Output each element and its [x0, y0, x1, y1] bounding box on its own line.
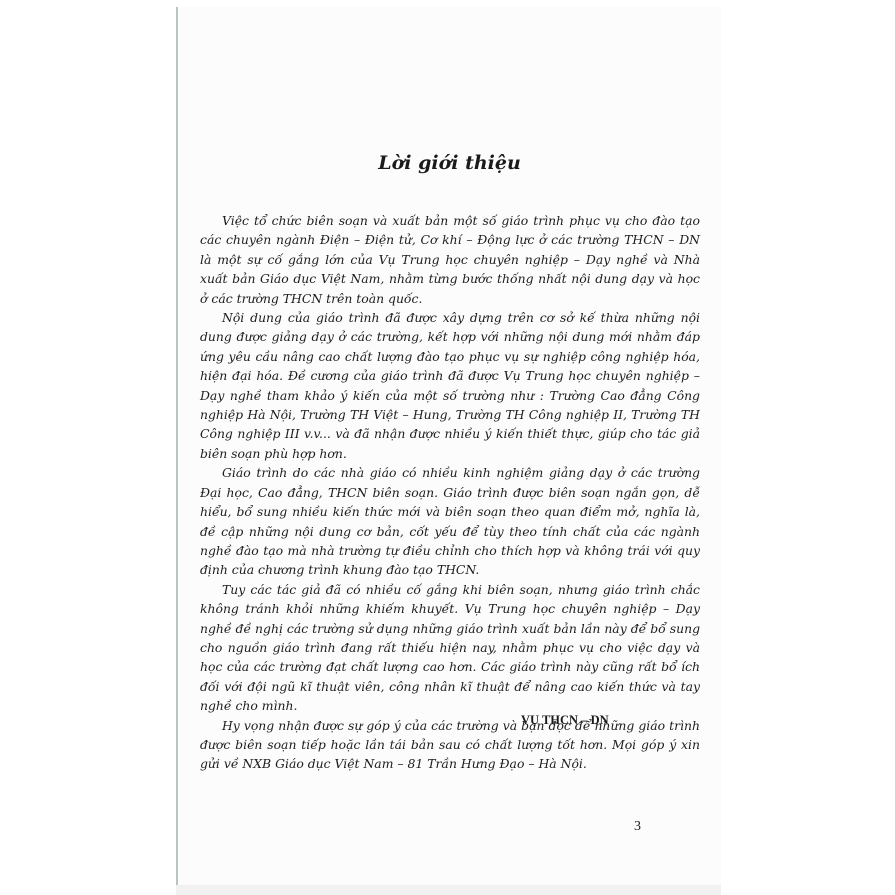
- page-title: Lời giới thiệu: [178, 152, 721, 174]
- book-page: Lời giới thiệu Việc tổ chức biên soạn và…: [176, 7, 721, 885]
- page-bottom-edge: [176, 885, 721, 895]
- introduction-body: Việc tổ chức biên soạn và xuất bản một s…: [200, 211, 700, 774]
- signature: VỤ THCN – DN: [521, 713, 609, 728]
- paragraph: Tuy các tác giả đã có nhiều cố gắng khi …: [200, 580, 700, 716]
- paragraph: Nội dung của giáo trình đã được xây dựng…: [200, 308, 700, 463]
- paragraph: Giáo trình do các nhà giáo có nhiều kinh…: [200, 463, 700, 579]
- page-number: 3: [634, 819, 641, 835]
- paragraph: Hy vọng nhận được sự góp ý của các trườn…: [200, 716, 700, 774]
- paragraph: Việc tổ chức biên soạn và xuất bản một s…: [200, 211, 700, 308]
